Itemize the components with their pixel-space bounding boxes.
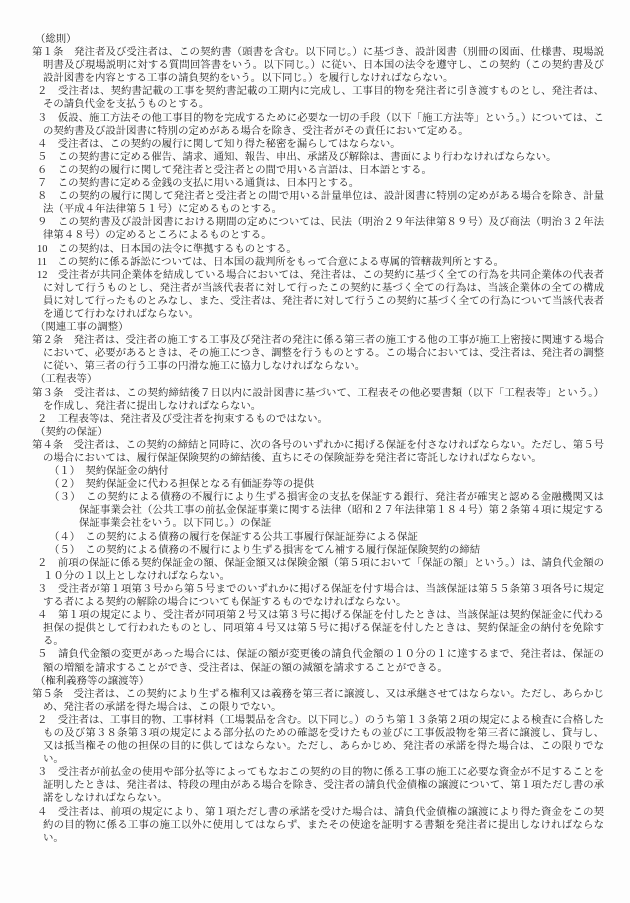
numbered-paragraph: ２ 受注者は、契約書記載の工事を契約書記載の工期内に完成し、工事目的物を発注者に… — [32, 85, 604, 111]
numbered-paragraph: ２ 工程表等は、発注者及び受注者を拘束するものではない。 — [32, 413, 604, 426]
article-clause: 第４条 受注者は、この契約の締結と同時に、次の各号のいずれかに掲げる保証を付さな… — [32, 439, 604, 465]
numbered-paragraph: ５ 請負代金額の変更があった場合には、保証の額が変更後の請負代金額の１０分の１に… — [32, 648, 604, 674]
article-clause: 第１条 発注者及び受注者は、この契約書（頭書を含む。以下同じ。）に基づき、設計図… — [32, 46, 604, 85]
article-clause: 第３条 受注者は、この契約締結後７日以内に設計図書に基づいて、工程表その他必要書… — [32, 387, 604, 413]
numbered-paragraph: ４ 受注者は、この契約の履行に関して知り得た秘密を漏らしてはならない。 — [32, 138, 604, 151]
numbered-paragraph: ２ 受注者は、工事目的物、工事材料（工場製品を含む。以下同じ。）のうち第１３条第… — [32, 714, 604, 766]
numbered-paragraph: ５ この契約書に定める催告、請求、通知、報告、申出、承諾及び解除は、書面により行… — [32, 151, 604, 164]
numbered-paragraph: ３ 仮設、施工方法その他工事目的物を完成するために必要な一切の手段（以下「施工方… — [32, 112, 604, 138]
enumerated-item: （４） この契約による債務の履行を保証する公共工事履行保証証券による保証 — [32, 531, 604, 544]
numbered-paragraph: ７ この契約書に定める金銭の支払に用いる通貨は、日本円とする。 — [32, 177, 604, 190]
article-clause: 第２条 発注者は、受注者の施工する工事及び発注者の発注に係る第三者の施工する他の… — [32, 334, 604, 373]
enumerated-item: （５） この契約による債務の不履行により生ずる損害をてん補する履行保証保険契約の… — [32, 544, 604, 557]
numbered-paragraph: ３ 受注者が第１項第３号から第５号までのいずれかに掲げる保証を付す場合は、当該保… — [32, 583, 604, 609]
section-heading: （関連工事の調整） — [35, 321, 604, 334]
numbered-paragraph: ８ この契約の履行に関して発注者と受注者との間で用いる計量単位は、設計図書に特別… — [32, 190, 604, 216]
numbered-paragraph: ４ 第１項の規定により、受注者が同項第２号又は第３号に掲げる保証を付したときは、… — [32, 609, 604, 648]
enumerated-item: （１） 契約保証金の納付 — [32, 465, 604, 478]
enumerated-item: （３） この契約による債務の不履行により生ずる損害金の支払を保証する銀行、発注者… — [32, 491, 604, 530]
numbered-paragraph: ４ 受注者は、前項の規定により、第１項ただし書の承諾を受けた場合は、請負代金債権… — [32, 806, 604, 845]
numbered-paragraph: 11 この契約に係る訴訟については、日本国の裁判所をもって合意による専属的管轄裁… — [32, 256, 604, 269]
numbered-paragraph: ３ 受注者が前払金の使用や部分払等によってもなおこの契約の目的物に係る工事の施工… — [32, 766, 604, 805]
numbered-paragraph: ２ 前項の保証に係る契約保証金の額、保証金額又は保険金額（第５項において「保証の… — [32, 557, 604, 583]
section-heading: （権利義務等の譲渡等） — [35, 675, 604, 688]
section-heading: （工程表等） — [35, 373, 604, 386]
article-clause: 第５条 受注者は、この契約により生ずる権利又は義務を第三者に譲渡し、又は承継させ… — [32, 688, 604, 714]
contract-document-page: （総則）第１条 発注者及び受注者は、この契約書（頭書を含む。以下同じ。）に基づき… — [0, 0, 630, 903]
numbered-paragraph: 10 この契約は、日本国の法令に準拠するものとする。 — [32, 243, 604, 256]
numbered-paragraph: ９ この契約書及び設計図書における期間の定めについては、民法（明治２９年法律第８… — [32, 216, 604, 242]
document-body: （総則）第１条 発注者及び受注者は、この契約書（頭書を含む。以下同じ。）に基づき… — [32, 33, 604, 845]
numbered-paragraph: ６ この契約の履行に関して発注者と受注者との間で用いる言語は、日本語とする。 — [32, 164, 604, 177]
numbered-paragraph: 12 受注者が共同企業体を結成している場合においては、発注者は、この契約に基づく… — [32, 269, 604, 321]
section-heading: （契約の保証） — [35, 426, 604, 439]
enumerated-item: （２） 契約保証金に代わる担保となる有価証券等の提供 — [32, 478, 604, 491]
section-heading: （総則） — [35, 33, 604, 46]
